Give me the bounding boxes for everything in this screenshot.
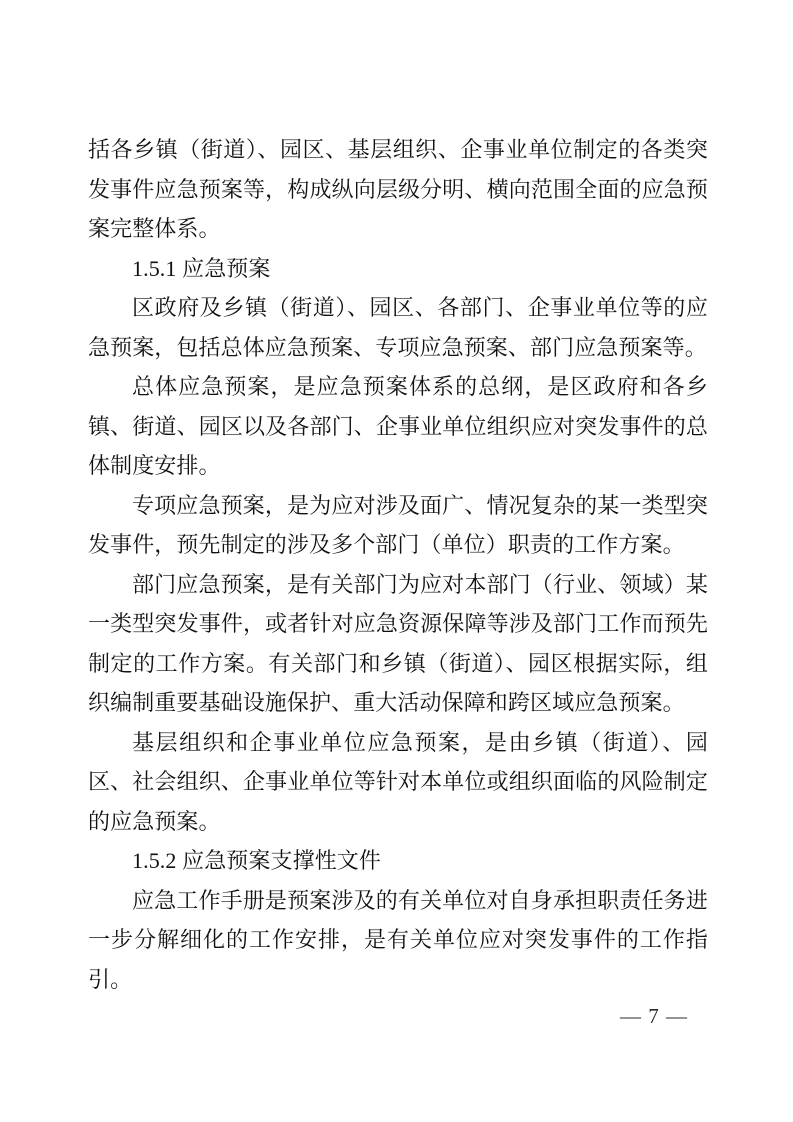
paragraph-work-manual: 应急工作手册是预案涉及的有关单位对自身承担职责任务进一步分解细化的工作安排，是有… (88, 881, 708, 1000)
paragraph-overall-emergency-plan: 总体应急预案，是应急预案体系的总纲，是区政府和各乡镇、街道、园区以及各部门、企事… (88, 367, 708, 486)
paragraph-emergency-plans-overview: 区政府及乡镇（街道）、园区、各部门、企事业单位等的应急预案，包括总体应急预案、专… (88, 288, 708, 367)
page-body-text: 括各乡镇（街道）、园区、基层组织、企事业单位制定的各类突发事件应急预案等，构成纵… (88, 130, 708, 999)
document-page: 括各乡镇（街道）、园区、基层组织、企事业单位制定的各类突发事件应急预案等，构成纵… (0, 0, 793, 1122)
paragraph-grassroots-enterprise-plan: 基层组织和企事业单位应急预案，是由乡镇（街道）、园区、社会组织、企事业单位等针对… (88, 723, 708, 842)
section-heading-1-5-2: 1.5.2 应急预案支撑性文件 (88, 841, 708, 881)
paragraph-department-emergency-plan: 部门应急预案，是有关部门为应对本部门（行业、领域）某一类型突发事件，或者针对应急… (88, 565, 708, 723)
section-heading-1-5-1: 1.5.1 应急预案 (88, 249, 708, 289)
paragraph-special-emergency-plan: 专项应急预案，是为应对涉及面广、情况复杂的某一类型突发事件，预先制定的涉及多个部… (88, 486, 708, 565)
page-footer-number: — 7 — (88, 1001, 708, 1031)
paragraph-emergency-plan-system-continuation: 括各乡镇（街道）、园区、基层组织、企事业单位制定的各类突发事件应急预案等，构成纵… (88, 130, 708, 249)
